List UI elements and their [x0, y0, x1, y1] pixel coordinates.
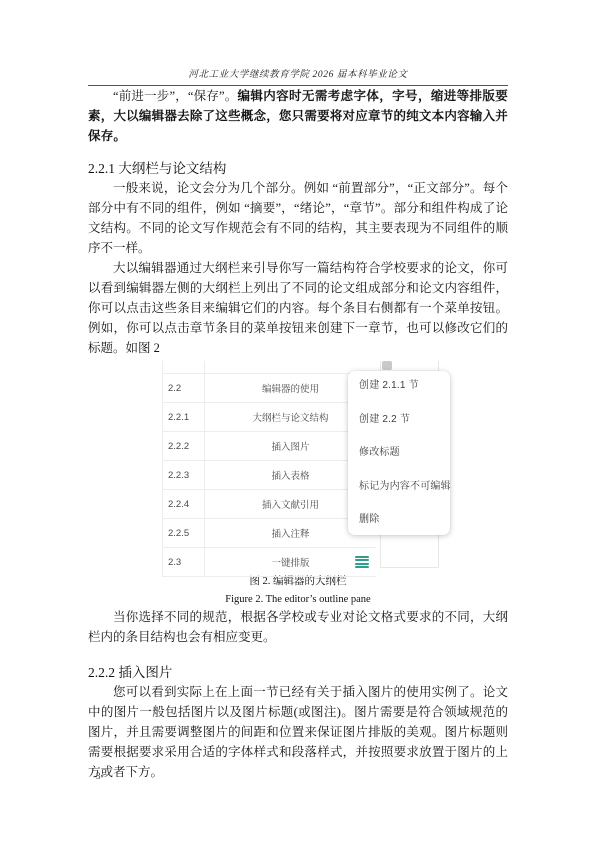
- format-menu-icon: [355, 554, 369, 570]
- paragraph-structure-intro: 一般来说，论文会分为几个部分。例如 “前置部分”，“正文部分”。每个部分中有不同…: [88, 178, 508, 258]
- running-header-title: 河北工业大学继续教育学院 2026 届本科毕业论文: [188, 70, 407, 80]
- paragraph-save-note: “前进一步”，“保存”。编辑内容时无需考虑字体，字号，缩进等排版要素，大以编辑器…: [88, 86, 508, 146]
- page-number: -3-: [93, 771, 104, 781]
- outline-row: 2.2.5 插入注释: [163, 519, 376, 548]
- outline-row: 2.2.2 插入图片: [163, 432, 376, 461]
- outline-row-number: [163, 361, 205, 373]
- menu-item-delete: 删除: [359, 514, 450, 526]
- outline-row-number: 2.2.2: [163, 432, 205, 460]
- outline-row-partial: [163, 361, 376, 374]
- paragraph-spec-variation: 当你选择不同的规范，根据各学校或专业对论文格式要求的不同，大纲栏内的条目结构也会…: [88, 607, 508, 647]
- outline-row-number: 2.2: [163, 374, 205, 402]
- menu-item-mark-uneditable: 标记为内容不可编辑: [359, 481, 450, 493]
- paragraph-save-note-normal: “前进一步”，“保存”。: [113, 89, 237, 103]
- outline-row: 2.2.1 大纲栏与论文结构: [163, 403, 376, 432]
- scrollbar-thumb: [382, 361, 392, 370]
- section-heading-2-2-2: 2.2.2 插入图片: [88, 664, 508, 682]
- running-header: 河北工业大学继续教育学院 2026 届本科毕业论文: [88, 69, 508, 86]
- figure-caption-english: Figure 2. The editor’s outline pane: [88, 593, 508, 607]
- figure-caption-chinese: 图 2. 编辑器的大纲栏: [88, 575, 508, 589]
- paragraph-insert-image: 您可以看到实际上在上面一节已经有关于插入图片的使用实例了。论文中的图片一般包括图…: [88, 682, 508, 782]
- outline-pane: 2.2 编辑器的使用 2.2.1 大纲栏与论文结构 2.2.2 插入图片 2.2…: [162, 361, 376, 577]
- menu-item-create-22: 创建 2.2 节: [359, 414, 450, 426]
- outline-row: 2.2.4 插入文献引用: [163, 490, 376, 519]
- context-menu: 创建 2.1.1 节 创建 2.2 节 修改标题 标记为内容不可编辑 删除: [348, 371, 450, 535]
- figure-outline-pane-screenshot: 2.2 编辑器的使用 2.2.1 大纲栏与论文结构 2.2.2 插入图片 2.2…: [88, 361, 508, 569]
- menu-item-rename: 修改标题: [359, 447, 450, 459]
- outline-row: 2.3 一键排版: [163, 548, 376, 577]
- menu-item-create-211: 创建 2.1.1 节: [359, 380, 450, 392]
- page-content: 河北工业大学继续教育学院 2026 届本科毕业论文 “前进一步”，“保存”。编辑…: [88, 0, 508, 782]
- outline-row: 2.2.3 插入表格: [163, 461, 376, 490]
- outline-row-number: 2.2.5: [163, 519, 205, 547]
- outline-row-label: 一键排版: [205, 555, 376, 569]
- section-heading-2-2-1: 2.2.1 大纲栏与论文结构: [88, 160, 508, 178]
- document-page: 河北工业大学继续教育学院 2026 届本科毕业论文 “前进一步”，“保存”。编辑…: [0, 0, 595, 842]
- outline-row: 2.2 编辑器的使用: [163, 374, 376, 403]
- outline-row-number: 2.2.4: [163, 490, 205, 518]
- outline-row-number: 2.2.3: [163, 461, 205, 489]
- outline-row-number: 2.2.1: [163, 403, 205, 431]
- paragraph-outline-pane: 大以编辑器通过大纲栏来引导你写一篇结构符合学校要求的论文，你可以看到编辑器左侧的…: [88, 258, 508, 358]
- outline-row-number: 2.3: [163, 548, 205, 576]
